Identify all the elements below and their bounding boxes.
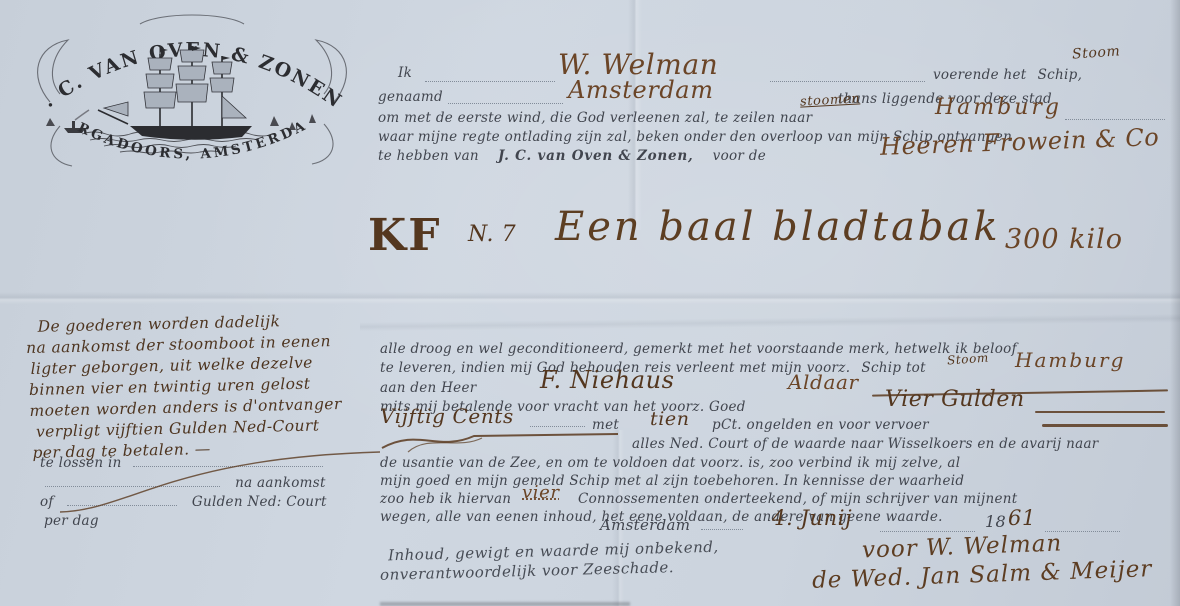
pen-flourish-left	[50, 440, 390, 520]
pen-stroke-gulden	[1035, 411, 1165, 413]
blank-dotline	[425, 80, 555, 82]
printed-voor-de: voor de	[713, 148, 766, 164]
handwritten-steam-insert-2: stoomen	[800, 91, 861, 109]
header-line-1-right: voerende het Schip,	[933, 64, 1082, 83]
header-line-5: te hebben van J. C. van Oven & Zonen, vo…	[378, 145, 766, 164]
handwritten-year: 61	[1008, 506, 1036, 530]
body-line-9: zoo heb ik hiervan	[380, 488, 511, 507]
body-line-5-rest: pCt. ongelden en voor vervoer	[712, 414, 929, 433]
date-line: Amsterdam	[600, 515, 743, 534]
handwritten-ship-name: Amsterdam	[568, 76, 714, 104]
year-row: 18	[985, 512, 1006, 531]
header-line-2: genaamd	[378, 86, 443, 105]
handwritten-consignee-name: F. Niehaus	[540, 366, 675, 394]
handwritten-body-hamburg: Hamburg	[1015, 348, 1125, 372]
printed-body-2b: Schip tot	[861, 360, 925, 376]
left-clause-line: binnen vier en twintig uren gelost	[29, 375, 311, 399]
header-line-1: Ik	[398, 62, 412, 81]
blank-dotline	[770, 80, 925, 82]
handwritten-tien: tien	[650, 408, 690, 430]
handwritten-cargo-description: Een baal bladtabak	[555, 204, 1001, 250]
printed-firm-name: J. C. van Oven & Zonen,	[498, 148, 694, 164]
handwritten-vijftig-cents: Vijftig Cents	[380, 404, 514, 428]
printed-year-prefix: 18	[985, 512, 1006, 531]
handwritten-vier: vier	[522, 482, 560, 503]
handwritten-cargo-weight: 300 kilo	[1005, 224, 1123, 255]
printed-ik: Ik	[398, 65, 412, 81]
body-line-3: aan den Heer	[380, 377, 477, 396]
printed-ongelden: pCt. ongelden en voor vervoer	[712, 417, 929, 433]
printed-toebehoren: mijn goed en mijn gemeld Schip met al zi…	[380, 473, 964, 489]
blank-dotline	[701, 528, 743, 530]
paper-edge-shadow	[1170, 0, 1180, 606]
blank-dotline	[1065, 118, 1165, 120]
printed-wind-line: om met de eerste wind, die God verleenen…	[378, 110, 812, 126]
handwritten-cargo-number: N. 7	[468, 222, 516, 247]
body-line-9b: Connossementen onderteekend, of mijn sch…	[578, 488, 1017, 507]
handwritten-vier-gulden: Vier Gulden	[885, 387, 1025, 412]
pen-stroke-vervoer	[1042, 424, 1168, 427]
header-line-3: om met de eerste wind, die God verleenen…	[378, 107, 812, 126]
body-line-8: mijn goed en mijn gemeld Schip met al zi…	[380, 470, 964, 489]
body-line-1: alle droog en wel geconditioneerd, gemer…	[380, 338, 1017, 357]
handwritten-destination: Hamburg	[935, 95, 1062, 120]
printed-place: Amsterdam	[600, 516, 690, 534]
printed-hiervan: zoo heb ik hiervan	[380, 491, 511, 507]
signature-captain: voor W. Welman	[862, 531, 1063, 564]
handwritten-date: 4. Junij	[772, 506, 852, 530]
printed-alles-ned-court: alles Ned. Court of de waarde naar Wisse…	[632, 436, 1099, 452]
handwritten-steam-insert-3: Stoom	[947, 351, 990, 368]
printed-voerende: voerende het	[933, 67, 1027, 83]
fold-crease-diagonal	[360, 314, 1180, 332]
printed-body-1: alle droog en wel geconditioneerd, gemer…	[380, 341, 1017, 357]
printed-usantie: de usantie van de Zee, en om te voldoen …	[380, 455, 960, 471]
scan-edge-artifact	[380, 602, 630, 606]
body-line-7: de usantie van de Zee, en om te voldoen …	[380, 452, 960, 471]
printed-genaamd: genaamd	[378, 89, 443, 105]
left-clause-line: De goederen worden dadelijk	[37, 312, 280, 336]
body-line-6: alles Ned. Court of de waarde naar Wisse…	[632, 433, 1099, 452]
fold-crease-horizontal	[0, 292, 1180, 304]
handwritten-aldaar: Aldaar	[788, 370, 859, 394]
bill-of-lading-document: J. C. VAN OVEN & ZONEN,	[0, 0, 1180, 606]
blank-dotline	[880, 530, 975, 532]
handwritten-cargo-mark: KF	[368, 210, 441, 261]
printed-aan-den-heer: aan den Heer	[380, 380, 477, 396]
blank-dotline	[448, 102, 563, 104]
handwritten-steam-insert-1: Stoom	[1072, 43, 1121, 62]
left-clause-line: verpligt vijftien Gulden Ned-Court	[36, 416, 320, 440]
printed-schip: Schip,	[1038, 67, 1083, 83]
printed-te-hebben-van: te hebben van	[378, 148, 479, 164]
left-clause-line: ligter geborgen, uit welke dezelve	[30, 354, 313, 378]
company-logo-vignette: J. C. VAN OVEN & ZONEN,	[20, 6, 364, 182]
printed-connossementen: Connossementen onderteekend, of mijn sch…	[578, 491, 1017, 507]
